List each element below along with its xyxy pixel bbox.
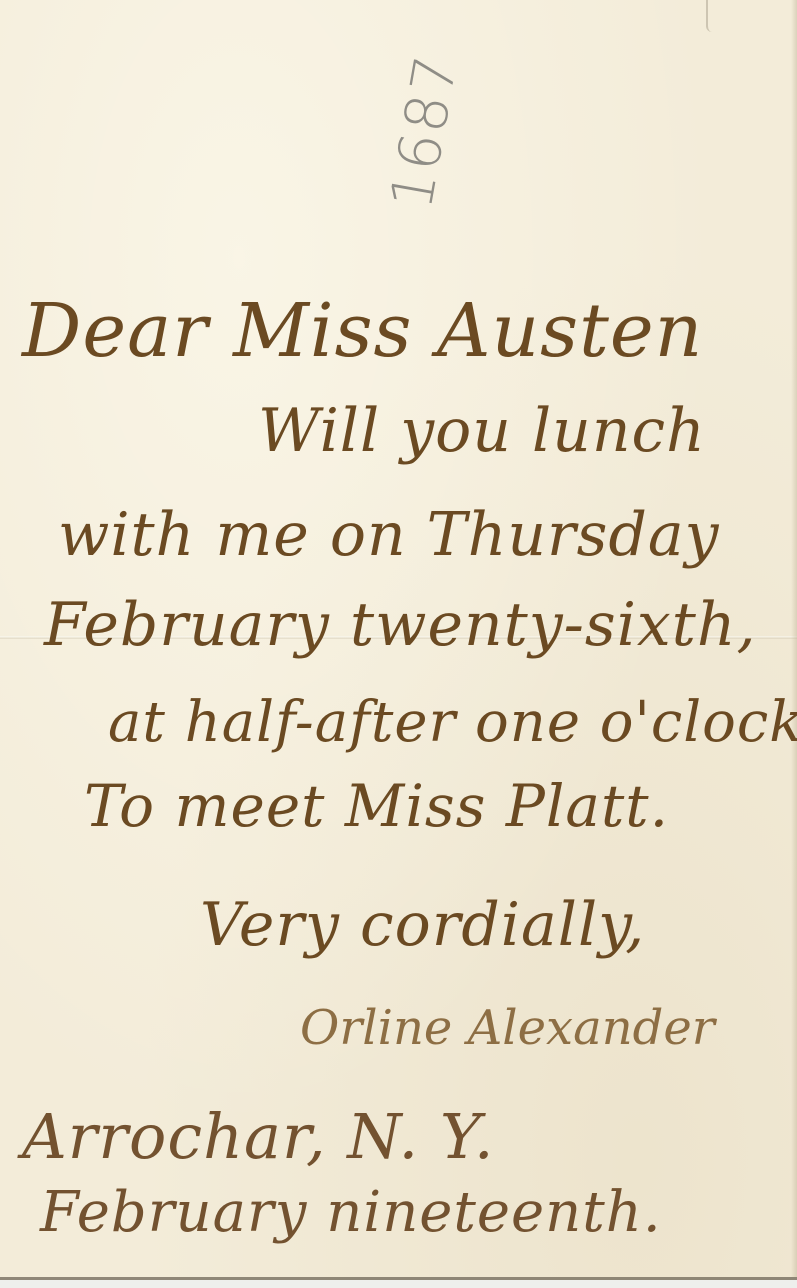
- body-line-2: with me on Thursday: [58, 500, 720, 570]
- date-line: February nineteenth.: [40, 1180, 662, 1245]
- signature: Orline Alexander: [300, 1000, 715, 1056]
- scan-background: [0, 1280, 797, 1288]
- body-line-4: at half-after one o'clock.: [108, 690, 797, 755]
- closing: Very cordially,: [200, 890, 645, 960]
- paper-edge-shadow: [791, 0, 797, 1277]
- body-line-3: February twenty-sixth,: [44, 590, 757, 660]
- body-line-1: Will you lunch: [258, 396, 706, 466]
- body-line-5: To meet Miss Platt.: [84, 772, 669, 840]
- paper-crease: [706, 0, 714, 32]
- archival-pencil-number: 1687: [377, 94, 463, 214]
- salutation: Dear Miss Austen: [22, 288, 703, 374]
- place-line: Arrochar, N. Y.: [22, 1100, 495, 1173]
- letter-page: 1687 Dear Miss Austen Will you lunch wit…: [0, 0, 797, 1288]
